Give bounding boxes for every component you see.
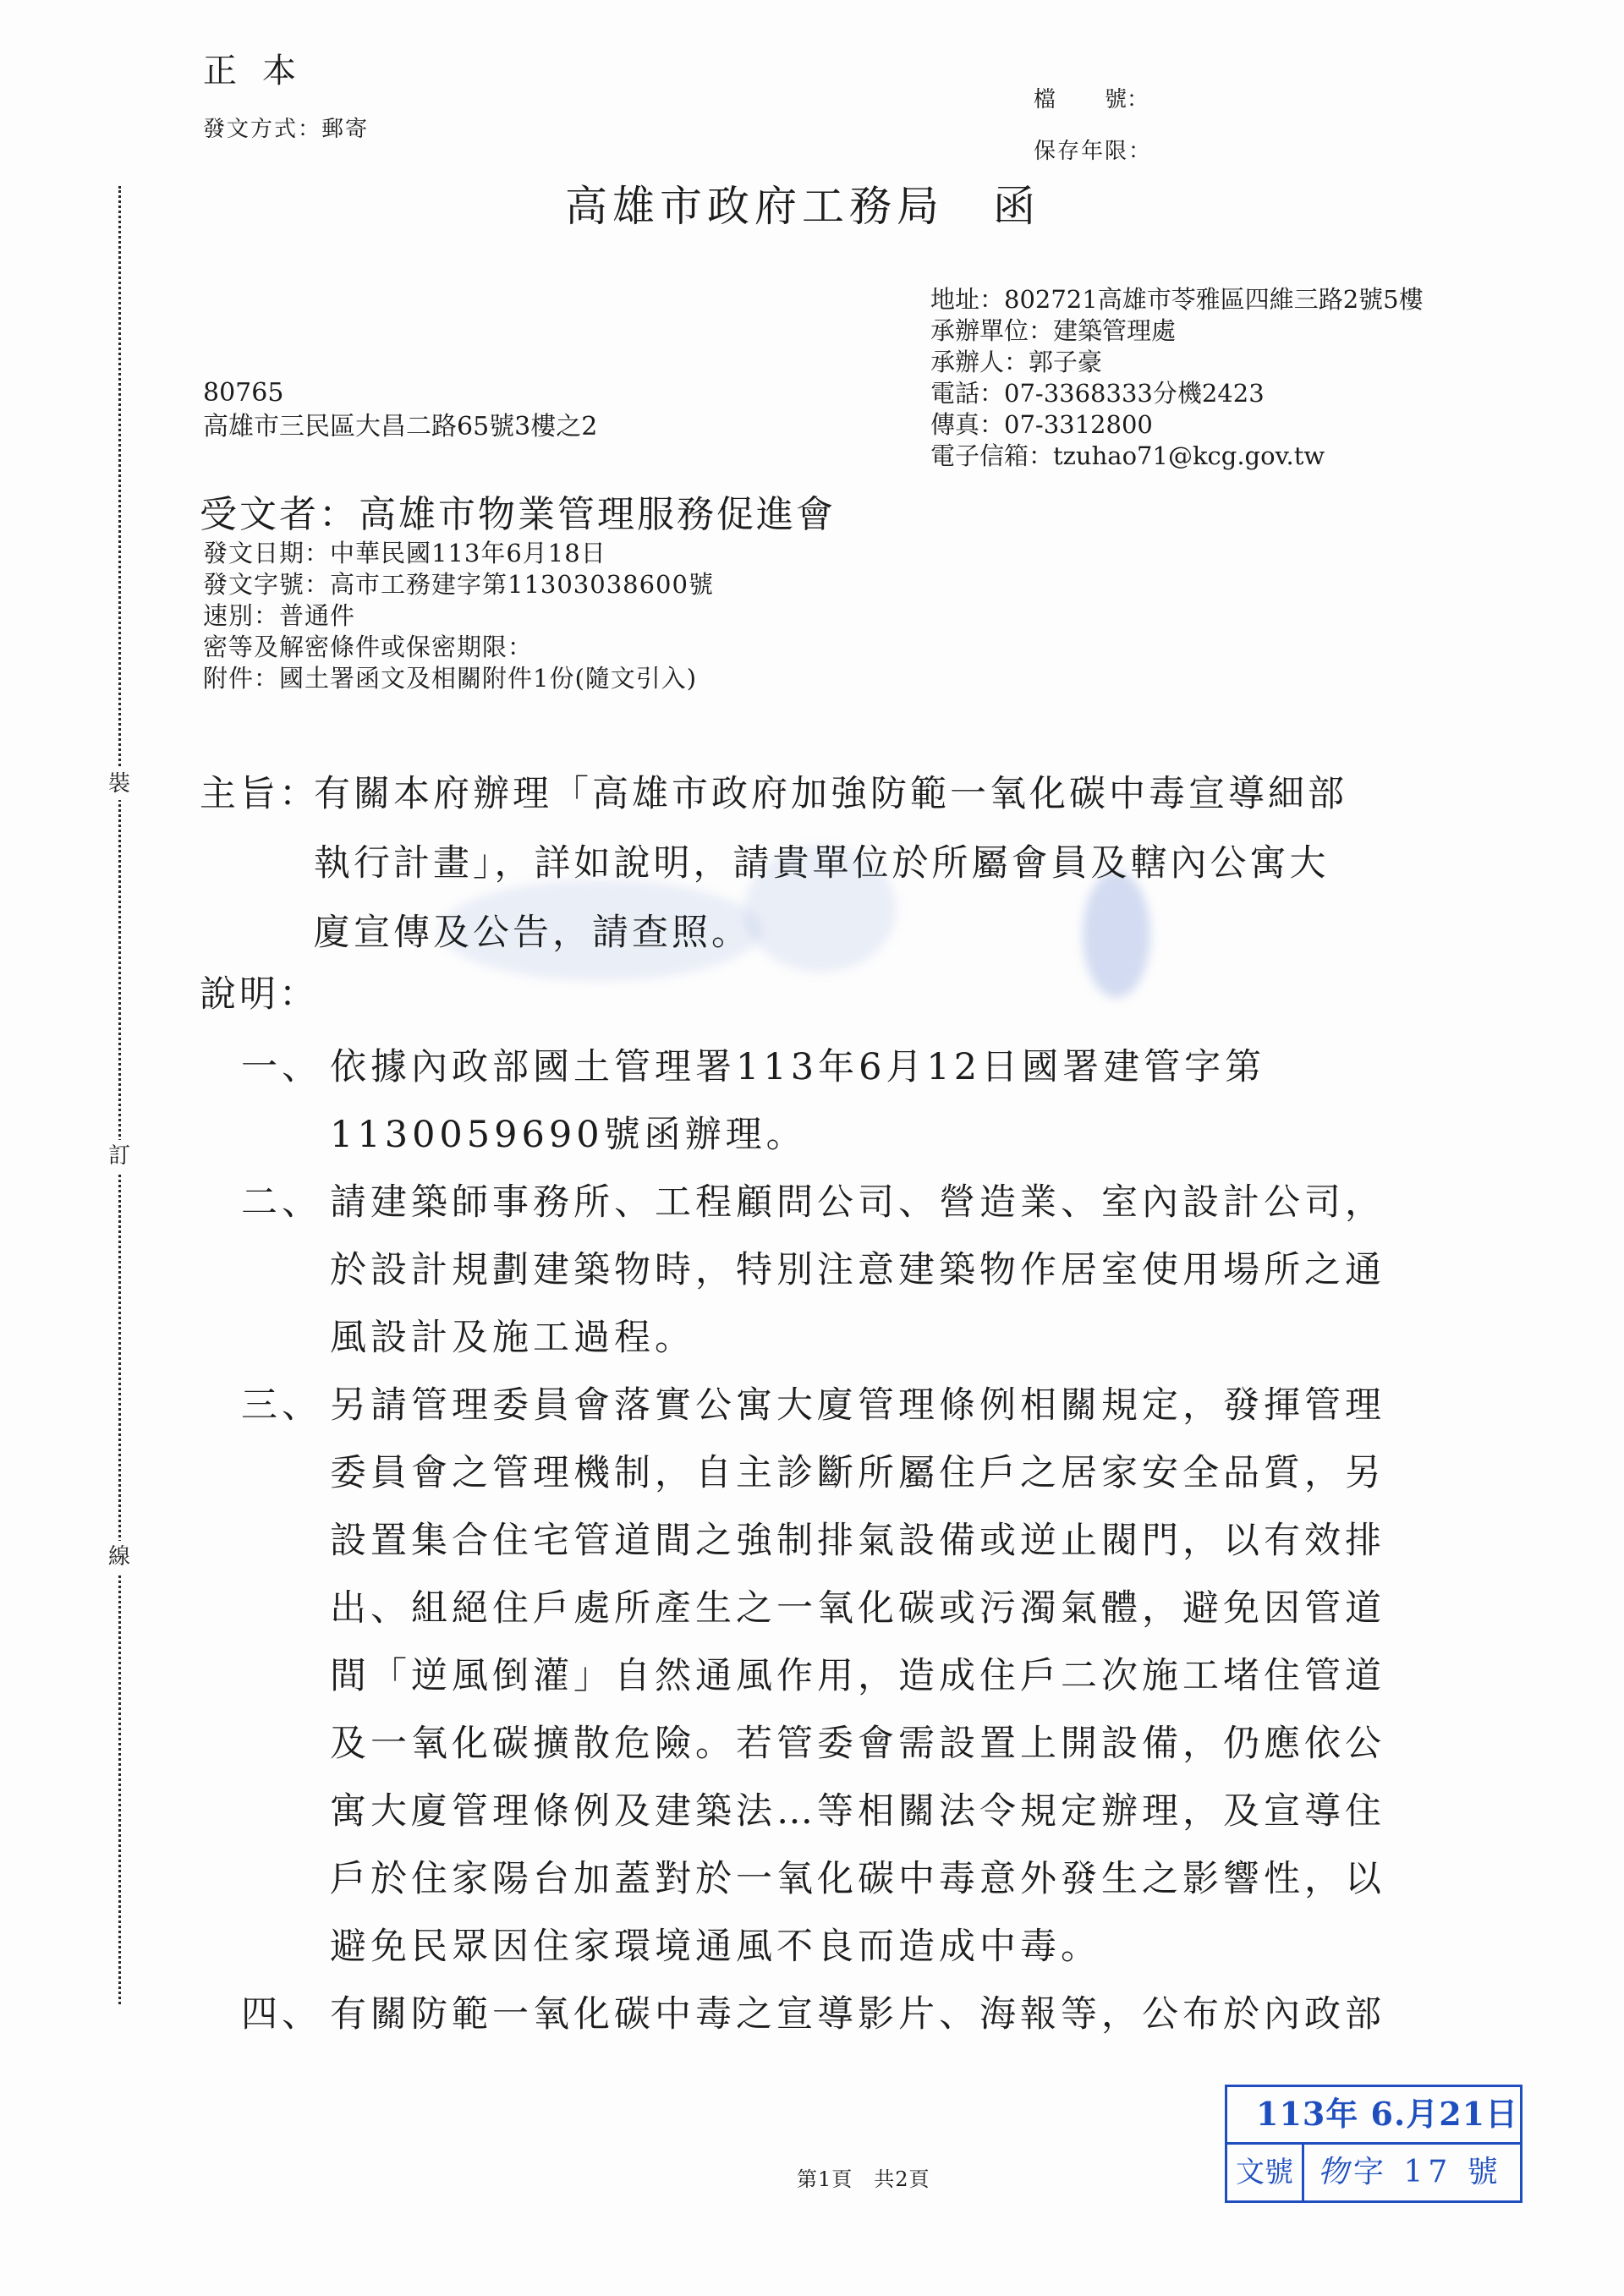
classification: 密等及解密條件或保密期限： bbox=[203, 632, 714, 663]
issue-date: 發文日期：中華民國113年6月18日 bbox=[203, 538, 714, 569]
speed-class: 速別：普通件 bbox=[203, 600, 714, 632]
item-line: 委員會之管理機制，自主診斷所屬住戶之居家安全品質，另 bbox=[330, 1439, 1468, 1507]
stamp-number-label: 文號 bbox=[1227, 2145, 1304, 2200]
retention-period-label: 保存年限： bbox=[1034, 134, 1152, 165]
recipient: 受文者：高雄市物業管理服務促進會 bbox=[200, 484, 836, 538]
item-number: 二、 bbox=[241, 1169, 322, 1236]
item-line: 寓大廈管理條例及建築法…等相關法令規定辦理，及宣導住 bbox=[330, 1778, 1468, 1845]
recipient-postcode: 80765 bbox=[203, 376, 597, 410]
binding-mark-ding: 訂 bbox=[105, 1140, 134, 1172]
subject-line: 執行計畫」，詳如說明，請貴單位於所屬會員及轄內公寓大 bbox=[314, 829, 1347, 898]
item-number: 三、 bbox=[241, 1372, 322, 1439]
item-line: 於設計規劃建築物時，特別注意建築物作居室使用場所之通 bbox=[330, 1236, 1468, 1304]
sender-address: 地址：802721高雄市苓雅區四維三路2號5樓 bbox=[930, 284, 1424, 315]
subject-line: 有關本府辦理「高雄市政府加強防範一氧化碳中毒宣導細部 bbox=[314, 759, 1347, 829]
recipient-address: 高雄市三民區大昌二路65號3樓之2 bbox=[203, 410, 597, 444]
explanation-item-3: 三、 另請管理委員會落實公寓大廈管理條例相關規定，發揮管理 委員會之管理機制，自… bbox=[241, 1372, 1468, 1981]
sender-unit: 承辦單位：建築管理處 bbox=[930, 315, 1424, 347]
stamp-number-rest: 字 17 號 bbox=[1353, 2155, 1503, 2189]
page-number: 第1頁 共2頁 bbox=[797, 2162, 930, 2192]
item-line: 請建築師事務所、工程顧問公司、營造業、室內設計公司， bbox=[330, 1169, 1468, 1236]
explanation-label: 說明： bbox=[200, 966, 319, 1017]
file-number-label-b: 號： bbox=[1105, 87, 1149, 112]
document-meta: 發文日期：中華民國113年6月18日 發文字號：高市工務建字第113030386… bbox=[203, 538, 714, 694]
binding-line bbox=[118, 186, 121, 2004]
recipient-postal: 80765 高雄市三民區大昌二路65號3樓之2 bbox=[203, 376, 597, 444]
agency-name: 高雄市政府工務局 bbox=[565, 182, 944, 231]
document-type: 函 bbox=[993, 182, 1040, 231]
item-line: 風設計及施工過程。 bbox=[330, 1304, 1468, 1372]
item-line: 有關防範一氧化碳中毒之宣導影片、海報等，公布於內政部 bbox=[330, 1981, 1468, 2048]
file-number-label: 檔號： bbox=[1034, 82, 1149, 113]
send-method: 發文方式：郵寄 bbox=[203, 112, 369, 143]
item-line: 1130059690號函辦理。 bbox=[330, 1101, 1468, 1169]
item-number: 一、 bbox=[241, 1033, 322, 1101]
item-line: 及一氧化碳擴散危險。若管委會需設置上開設備，仍應依公 bbox=[330, 1710, 1468, 1778]
sender-contact: 承辦人：郭子豪 bbox=[930, 347, 1424, 378]
item-number: 四、 bbox=[241, 1981, 322, 2048]
sender-fax: 傳真：07-3312800 bbox=[930, 409, 1424, 441]
item-line: 避免民眾因住家環境通風不良而造成中毒。 bbox=[330, 1913, 1468, 1981]
explanation-items: 一、 依據內政部國土管理署113年6月12日國署建管字第 1130059690號… bbox=[241, 1033, 1468, 2048]
binding-mark-xian: 線 bbox=[105, 1541, 134, 1573]
sender-phone: 電話：07-3368333分機2423 bbox=[930, 378, 1424, 409]
item-line: 出、組絕住戶處所產生之一氧化碳或污濁氣體，避免因管道 bbox=[330, 1575, 1468, 1642]
subject-line: 廈宣傳及公告，請查照。 bbox=[314, 898, 1347, 967]
subject-text: 有關本府辦理「高雄市政府加強防範一氧化碳中毒宣導細部 執行計畫」，詳如說明，請貴… bbox=[314, 759, 1347, 967]
document-title: 高雄市政府工務局函 bbox=[565, 173, 1040, 233]
stamp-number-value: 物字 17 號 bbox=[1304, 2145, 1520, 2200]
file-number-label-a: 檔 bbox=[1034, 87, 1056, 112]
receipt-stamp: 113年 6.月21日 文號 物字 17 號 bbox=[1225, 2085, 1522, 2203]
sender-email: 電子信箱：tzuhao71@kcg.gov.tw bbox=[930, 441, 1424, 472]
explanation-item-4: 四、 有關防範一氧化碳中毒之宣導影片、海報等，公布於內政部 bbox=[241, 1981, 1468, 2048]
item-line: 依據內政部國土管理署113年6月12日國署建管字第 bbox=[330, 1033, 1468, 1101]
item-line: 間「逆風倒灌」自然通風作用，造成住戶二次施工堵住管道 bbox=[330, 1642, 1468, 1710]
item-line: 設置集合住宅管道間之強制排氣設備或逆止閥門，以有效排 bbox=[330, 1507, 1468, 1575]
copy-type: 正本 bbox=[203, 44, 321, 92]
item-line: 另請管理委員會落實公寓大廈管理條例相關規定，發揮管理 bbox=[330, 1372, 1468, 1439]
explanation-item-1: 一、 依據內政部國土管理署113年6月12日國署建管字第 1130059690號… bbox=[241, 1033, 1468, 1169]
item-line: 戶於住家陽台加蓋對於一氧化碳中毒意外發生之影響性，以 bbox=[330, 1845, 1468, 1913]
sender-info: 地址：802721高雄市苓雅區四維三路2號5樓 承辦單位：建築管理處 承辦人：郭… bbox=[930, 284, 1424, 472]
binding-mark-zhuang: 裝 bbox=[105, 768, 134, 800]
stamp-handwritten-char: 物 bbox=[1318, 2155, 1353, 2189]
explanation-item-2: 二、 請建築師事務所、工程顧問公司、營造業、室內設計公司， 於設計規劃建築物時，… bbox=[241, 1169, 1468, 1372]
attachment: 附件：國土署函文及相關附件1份(隨文引入) bbox=[203, 663, 714, 694]
stamp-date: 113年 6.月21日 bbox=[1227, 2087, 1520, 2145]
subject-label: 主旨： bbox=[200, 759, 319, 829]
document-number: 發文字號：高市工務建字第11303038600號 bbox=[203, 569, 714, 600]
